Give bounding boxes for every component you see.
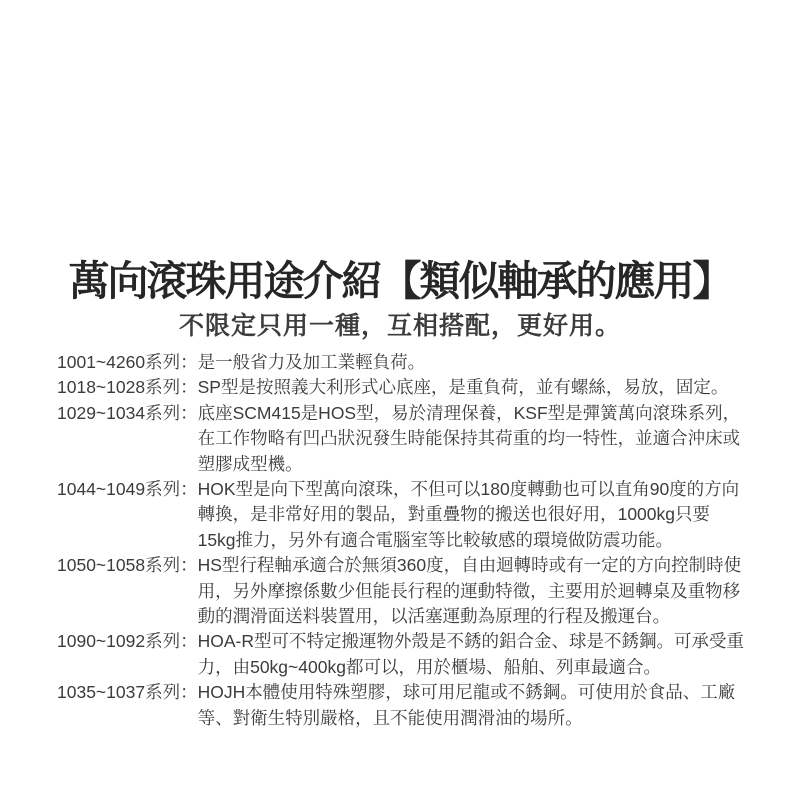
series-entry: 1044~1049系列： HOK型是向下型萬向滾珠，不但可以180度轉動也可以直… — [57, 477, 745, 553]
series-entry: 1018~1028系列： SP型是按照義大利形式心底座，是重負荷，並有螺絲，易放… — [57, 375, 745, 400]
series-description: HOA-R型可不特定搬運物外殼是不銹的鋁合金、球是不銹鋼。可承受重力，由50kg… — [198, 629, 745, 680]
series-description: SP型是按照義大利形式心底座，是重負荷，並有螺絲，易放，固定。 — [198, 375, 745, 400]
document-page: 萬向滾珠用途介紹【類似軸承的應用】 不限定只用一種，互相搭配，更好用。 1001… — [0, 0, 800, 800]
series-entry: 1029~1034系列： 底座SCM415是HOS型，易於清理保養，KSF型是彈… — [57, 401, 745, 477]
series-range-label: 1001~4260系列： — [57, 350, 198, 375]
series-list: 1001~4260系列： 是一般省力及加工業輕負荷。 1018~1028系列： … — [57, 350, 745, 731]
series-entry: 1090~1092系列： HOA-R型可不特定搬運物外殼是不銹的鋁合金、球是不銹… — [57, 629, 745, 680]
series-description: HOK型是向下型萬向滾珠，不但可以180度轉動也可以直角90度的方向轉換，是非常… — [198, 477, 745, 553]
series-range-label: 1029~1034系列： — [57, 401, 198, 426]
series-range-label: 1018~1028系列： — [57, 375, 198, 400]
series-range-label: 1044~1049系列： — [57, 477, 198, 502]
series-entry: 1035~1037系列： HOJH本體使用特殊塑膠，球可用尼龍或不銹鋼。可使用於… — [57, 680, 745, 731]
series-range-label: 1050~1058系列： — [57, 553, 198, 578]
page-subtitle: 不限定只用一種，互相搭配，更好用。 — [0, 306, 800, 342]
series-range-label: 1090~1092系列： — [57, 629, 198, 654]
series-description: 底座SCM415是HOS型，易於清理保養，KSF型是彈簧萬向滾珠系列，在工作物略… — [198, 401, 745, 477]
series-entry: 1001~4260系列： 是一般省力及加工業輕負荷。 — [57, 350, 745, 375]
page-title: 萬向滾珠用途介紹【類似軸承的應用】 — [0, 248, 800, 307]
series-description: HS型行程軸承適合於無須360度，自由迴轉時或有一定的方向控制時使用，另外摩擦係… — [198, 553, 745, 629]
series-description: 是一般省力及加工業輕負荷。 — [198, 350, 745, 375]
series-range-label: 1035~1037系列： — [57, 680, 198, 705]
series-description: HOJH本體使用特殊塑膠，球可用尼龍或不銹鋼。可使用於食品、工廠等、對衛生特別嚴… — [198, 680, 745, 731]
series-entry: 1050~1058系列： HS型行程軸承適合於無須360度，自由迴轉時或有一定的… — [57, 553, 745, 629]
